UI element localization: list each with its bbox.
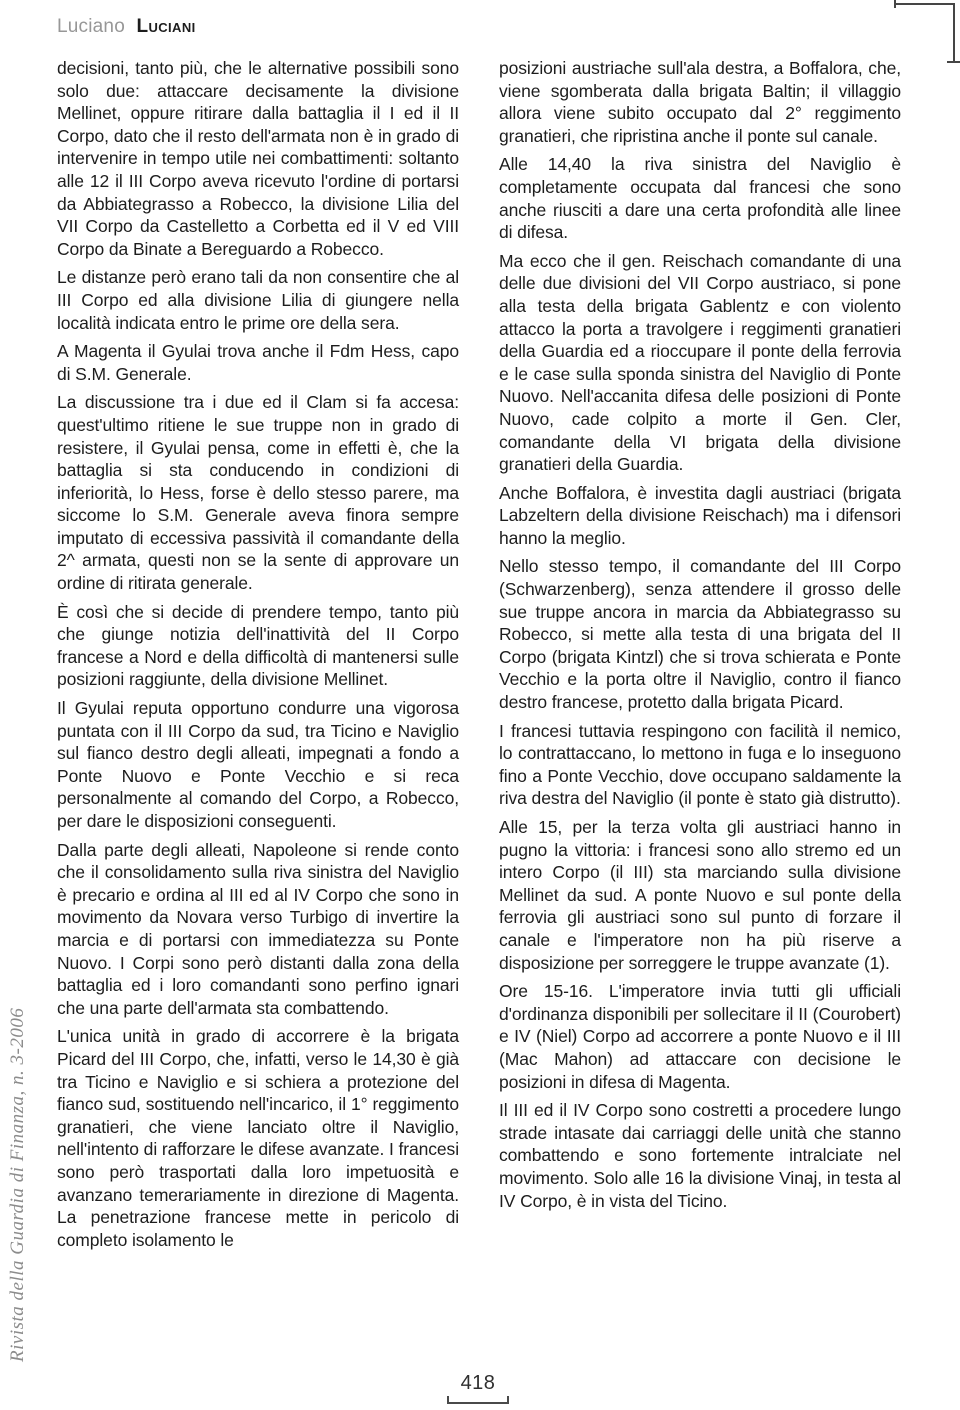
- paragraph: Nello stesso tempo, il comandante del II…: [499, 555, 901, 713]
- corner-mark-horizontal-line: [895, 3, 955, 5]
- paragraph: decisioni, tanto più, che le alternative…: [57, 57, 459, 260]
- paragraph: Dalla parte degli alleati, Napoleone si …: [57, 839, 459, 1020]
- author-last-name: Luciani: [136, 16, 195, 37]
- paragraph: È così che si decide di prendere tempo, …: [57, 601, 459, 691]
- paragraph: Ma ecco che il gen. Reischach comandante…: [499, 250, 901, 476]
- article-body: decisioni, tanto più, che le alternative…: [57, 57, 901, 1257]
- paragraph: Alle 14,40 la riva sinistra del Naviglio…: [499, 153, 901, 243]
- paragraph: L'unica unità in grado di accorrere è la…: [57, 1025, 459, 1251]
- paragraph: A Magenta il Gyulai trova anche il Fdm H…: [57, 340, 459, 385]
- paragraph: Alle 15, per la terza volta gli austriac…: [499, 816, 901, 974]
- right-column: posizioni austriache sull'ala destra, a …: [499, 57, 901, 1257]
- left-column: decisioni, tanto più, che le alternative…: [57, 57, 459, 1257]
- page-number-block: 418: [447, 1371, 509, 1404]
- paragraph: Il III ed il IV Corpo sono costretti a p…: [499, 1099, 901, 1212]
- paragraph: Ore 15-16. L'imperatore invia tutti gli …: [499, 980, 901, 1093]
- journal-page: Luciano Luciani Rivista della Guardia di…: [0, 0, 960, 1410]
- journal-reference-vertical-text: Rivista della Guardia di Finanza, n. 3-2…: [7, 916, 29, 1362]
- corner-mark-left-tick: [894, 0, 896, 8]
- paragraph: Anche Boffalora, è investita dagli austr…: [499, 482, 901, 550]
- page-header: Luciano Luciani: [57, 16, 196, 38]
- paragraph: La discussione tra i due ed il Clam si f…: [57, 391, 459, 594]
- author-first-name: Luciano: [57, 16, 125, 37]
- page-number-bracket-rule: [447, 1396, 509, 1404]
- corner-mark-vertical-line: [953, 3, 955, 63]
- corner-mark-bottom-tick: [947, 61, 960, 63]
- page-number: 418: [447, 1371, 509, 1395]
- paragraph: posizioni austriache sull'ala destra, a …: [499, 57, 901, 147]
- paragraph: Il Gyulai reputa opportuno condurre una …: [57, 697, 459, 833]
- paragraph: Le distanze però erano tali da non conse…: [57, 266, 459, 334]
- paragraph: I francesi tuttavia respingono con facil…: [499, 720, 901, 810]
